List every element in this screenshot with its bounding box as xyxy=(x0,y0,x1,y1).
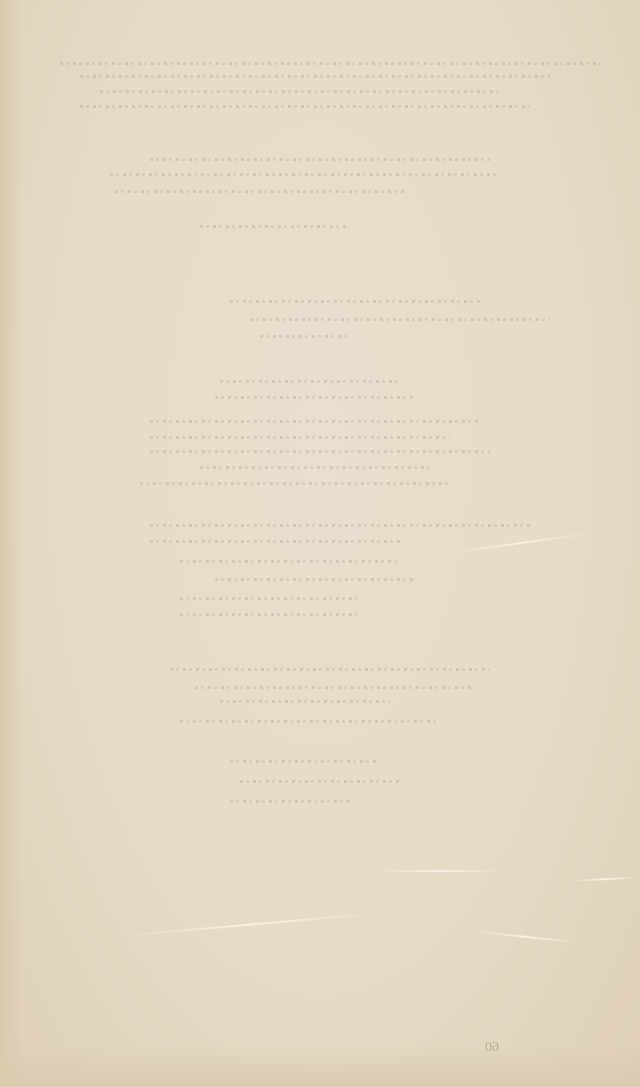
page-bottom-shadow xyxy=(0,1047,640,1087)
ghost-text-line xyxy=(230,300,480,303)
paper-crease xyxy=(470,930,580,943)
ghost-text-line xyxy=(150,420,480,423)
paper-crease xyxy=(570,876,640,882)
ghost-text-line xyxy=(250,318,550,321)
ghost-text-line xyxy=(215,396,415,399)
ghost-text-line xyxy=(100,90,500,93)
ghost-text-line xyxy=(200,225,350,228)
page-number: 60 xyxy=(485,1040,499,1056)
paper-crease xyxy=(450,533,589,554)
page-edge-shadow xyxy=(0,0,22,1087)
ghost-text-line xyxy=(230,800,350,803)
ghost-text-line xyxy=(260,335,350,338)
ghost-text-line xyxy=(150,436,450,439)
paper-crease xyxy=(120,912,379,937)
ghost-text-line xyxy=(80,105,530,108)
ghost-text-line xyxy=(220,700,390,703)
ghost-text-line xyxy=(215,578,415,581)
ghost-text-line xyxy=(60,62,600,65)
ghost-text-line xyxy=(200,466,430,469)
paper-crease xyxy=(380,870,500,872)
ghost-text-line xyxy=(115,190,405,193)
ghost-text-line xyxy=(220,380,400,383)
ghost-text-line xyxy=(180,720,440,723)
ghost-text-line xyxy=(180,560,400,563)
ghost-text-line xyxy=(230,760,380,763)
ghost-text-line xyxy=(170,668,490,671)
blank-page: 60 xyxy=(0,0,640,1087)
ghost-text-line xyxy=(195,686,475,689)
ghost-text-line xyxy=(140,482,450,485)
ghost-text-line xyxy=(150,450,490,453)
ghost-text-line xyxy=(180,597,360,600)
ghost-text-line xyxy=(80,75,550,78)
ghost-text-line xyxy=(150,524,530,527)
ghost-text-line xyxy=(240,780,400,783)
ghost-text-line xyxy=(110,173,500,176)
ghost-text-line xyxy=(180,613,360,616)
ghost-text-line xyxy=(150,540,400,543)
ghost-text-line xyxy=(150,158,490,161)
